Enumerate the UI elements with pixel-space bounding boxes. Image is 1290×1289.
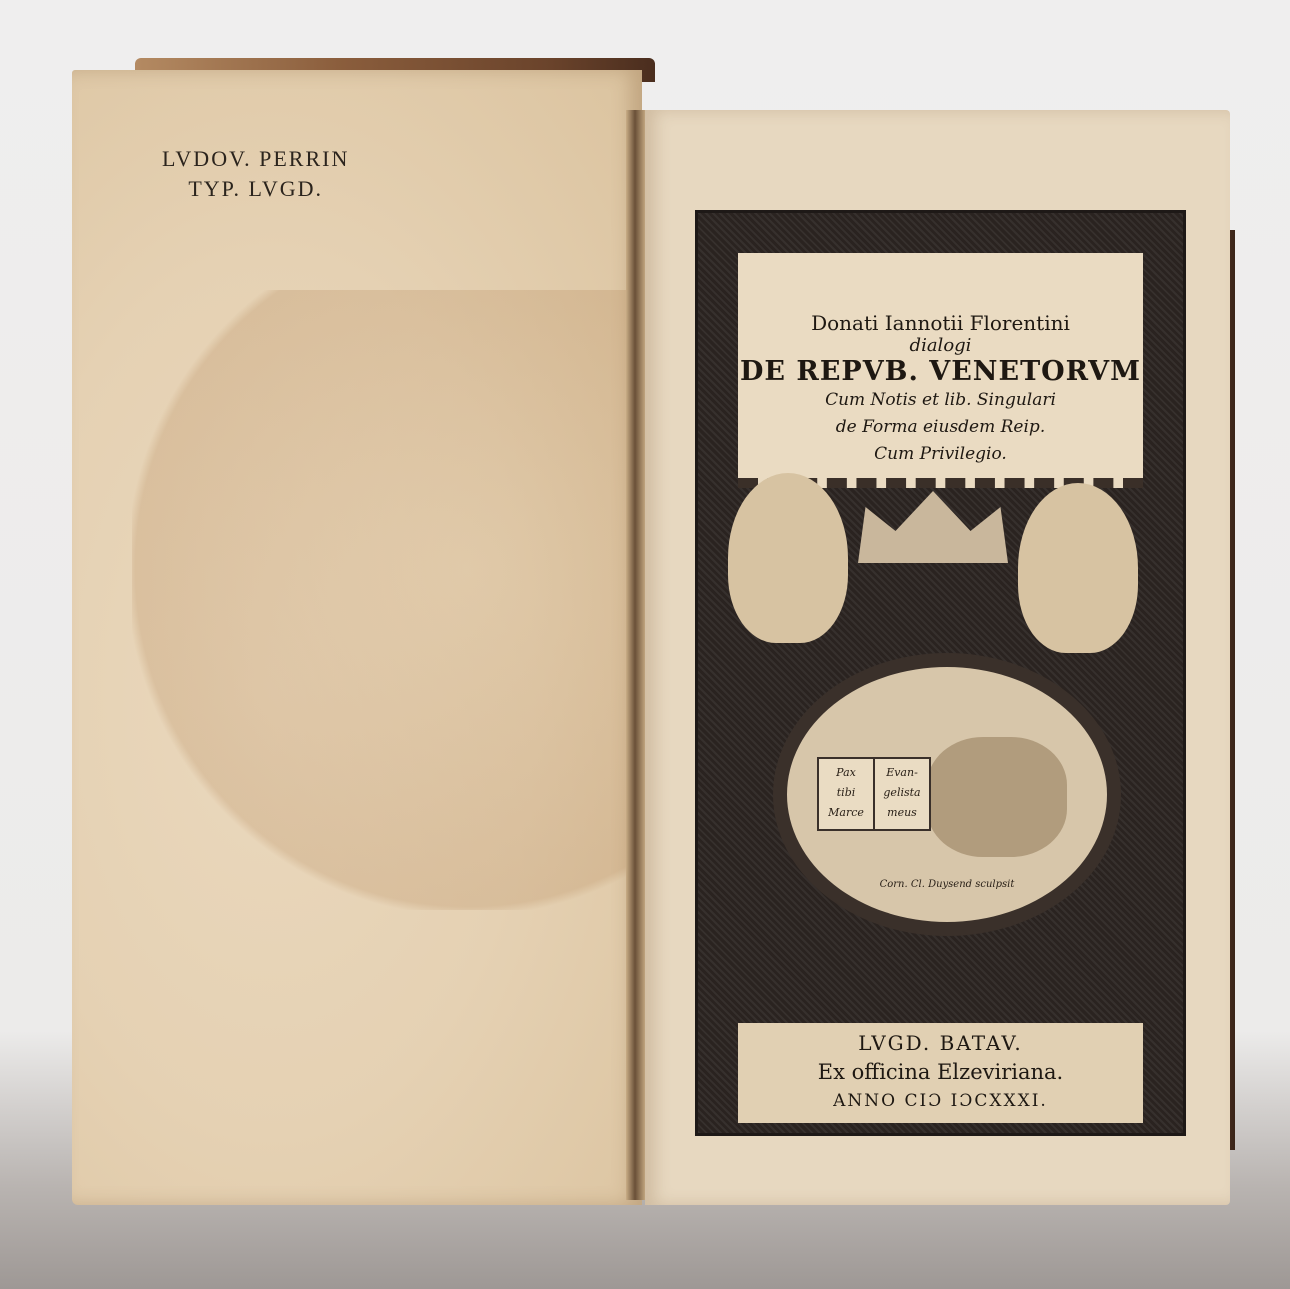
subtitle-line-2: de Forma eiusdem Reip. [738, 414, 1143, 441]
lion-of-saint-mark-medallion: Pax tibi Marce Evan- gelista meus Corn. … [773, 653, 1121, 936]
privilege-line: Cum Privilegio. [738, 441, 1143, 468]
engraver-signature: Corn. Cl. Duysend sculpsit [787, 879, 1107, 890]
book-gutter [626, 110, 646, 1200]
winged-lion [927, 737, 1067, 857]
stamp-line-1: LVDOV. PERRIN [162, 144, 349, 174]
drapery-banner: Donati Iannotii Florentini dialogi DE RE… [738, 253, 1143, 488]
imprint-place: LVGD. BATAV. [738, 1023, 1143, 1058]
ownership-stamp: LVDOV. PERRIN TYP. LVGD. [162, 144, 349, 204]
dialogi-line: dialogi [738, 335, 1143, 356]
stamp-line-2: TYP. LVGD. [162, 174, 349, 204]
book-left-page: Pax tibi Marce [819, 759, 873, 829]
subtitle-line-1: Cum Notis et lib. Singulari [738, 387, 1143, 414]
title-block: Donati Iannotii Florentini dialogi DE RE… [738, 311, 1143, 468]
engraved-frontispiece: Donati Iannotii Florentini dialogi DE RE… [695, 210, 1186, 1136]
right-cherub [1018, 483, 1138, 653]
imprint-publisher: Ex officina Elzeviriana. [738, 1058, 1143, 1087]
open-book: Pax tibi Marce Evan- gelista meus [817, 757, 931, 831]
book-right-page: Evan- gelista meus [873, 759, 929, 829]
author-line: Donati Iannotii Florentini [738, 311, 1143, 335]
water-stain [132, 290, 692, 910]
left-flyleaf-page: LVDOV. PERRIN TYP. LVGD. [72, 70, 642, 1205]
main-title: DE REPVB. VENETORVM [738, 356, 1143, 387]
imprint-cartouche: LVGD. BATAV. Ex officina Elzeviriana. AN… [738, 1023, 1143, 1123]
left-cherub [728, 473, 848, 643]
imprint-year: ANNO CIƆ IƆCXXXI. [738, 1087, 1143, 1116]
